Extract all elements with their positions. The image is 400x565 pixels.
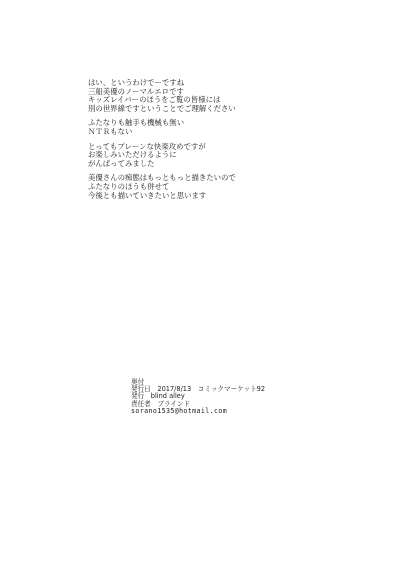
text-line: 別の世界線ですということでご理解ください: [88, 105, 328, 114]
colophon: 奥付 発行日 2017/8/13 コミックマーケット92 発行 blind al…: [131, 379, 331, 415]
colophon-email: sorano1535@hotmail.com: [131, 408, 331, 415]
book-page: はい、というわけでーですね 三船美優のノーマルエロです キッズレイバーのほうをご…: [0, 0, 400, 565]
text-line: がんばってみました: [88, 160, 328, 169]
afterword-paragraph: ふたなりも触手も機械も無い ＮＴＲもない: [88, 119, 328, 136]
afterword-paragraph: 美優さんの痴態はもっともっと描きたいので ふたなりのほうも併せて 今後とも描いて…: [88, 174, 328, 200]
afterword-paragraph: はい、というわけでーですね 三船美優のノーマルエロです キッズレイバーのほうをご…: [88, 79, 328, 113]
afterword-paragraph: とってもプレーンな快楽攻めですが お楽しみいただけるように がんばってみました: [88, 143, 328, 169]
afterword-text: はい、というわけでーですね 三船美優のノーマルエロです キッズレイバーのほうをご…: [88, 79, 328, 206]
text-line: ＮＴＲもない: [88, 128, 328, 137]
text-line: 今後とも描いていきたいと思います: [88, 192, 328, 201]
